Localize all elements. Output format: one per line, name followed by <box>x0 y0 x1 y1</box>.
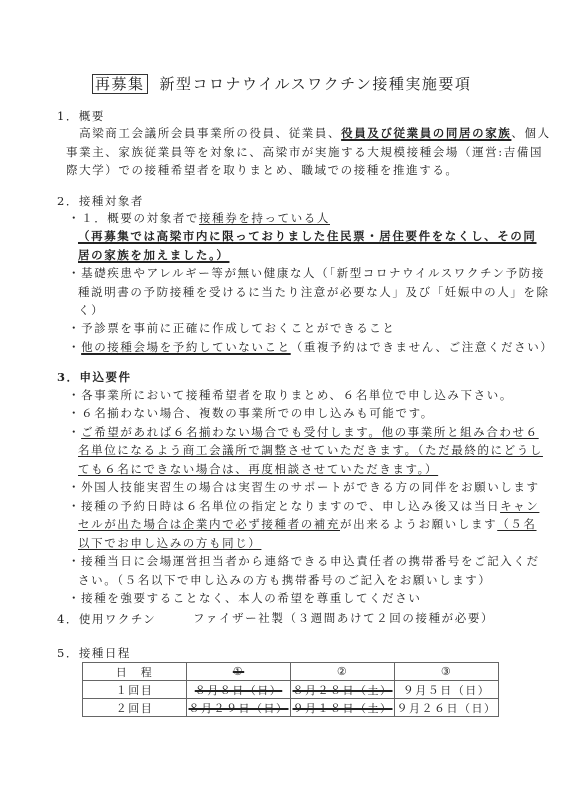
struck-date: ９月１８日（土） <box>293 702 393 715</box>
header-option-2: ② <box>291 663 395 681</box>
section1-line2: 事業主、家族従業員等を対象に、高梁市が実施する大規模接種会場（運営:吉備国 <box>66 145 543 159</box>
section2-item2-line3: く） <box>78 303 104 317</box>
header-option-3: ③ <box>395 663 499 681</box>
title-text: 新型コロナウイルスワクチン接種実施要項 <box>160 75 472 93</box>
document-page: 再募集新型コロナウイルスワクチン接種実施要項 1．概要 高梁商工会議所会員事業所… <box>0 0 565 800</box>
struck-date: ８月２９日（日） <box>189 702 289 715</box>
section3-item3-underlined1: ご希望があれば６名揃わない場合でも受付します。他の事業所と組み合わせ６ <box>81 425 539 439</box>
recruitment-badge: 再募集 <box>92 74 148 94</box>
section3-item5-underlined1: キャン <box>500 499 539 513</box>
section2-item2-line1: ・基礎疾患やアレルギー等が無い健康な人（「新型コロナウイルスワクチン予防接 <box>68 266 545 280</box>
section3-item6-line1: ・接種当日に会場運営担当者から連絡できる申込責任者の携帯番号をご記入くだ <box>68 554 540 568</box>
bullet: ・ <box>68 425 81 439</box>
section2-item4: ・他の接種会場を予約していないこと（重複予約はできません、ご注意ください） <box>68 340 553 354</box>
table-row: １回目 ８月８日（日） ８月２８日（土） ９月５日（日） <box>83 681 499 699</box>
header-option-1-label: ① <box>233 665 244 678</box>
section3-item3-line1: ・ご希望があれば６名揃わない場合でも受付します。他の事業所と組み合わせ６ <box>68 425 539 439</box>
cell-date: ８月８日（日） <box>187 681 291 699</box>
page-title: 再募集新型コロナウイルスワクチン接種実施要項 <box>92 73 471 94</box>
cell-date: ９月５日（日） <box>395 681 499 699</box>
section2-item3: ・予診票を事前に正確に作成しておくことができること <box>68 321 396 335</box>
table-row: ２回目 ８月２９日（日） ９月１８日（土） ９月２６日（日） <box>83 699 499 717</box>
schedule-table: 日 程 ① ② ③ １回目 ８月８日（日） ８月２８日（土） ９月５日（日） ２… <box>82 662 499 717</box>
section1-line1: 高梁商工会議所会員事業所の役員、従業員、役員及び従業員の同居の家族、個人 <box>66 126 551 140</box>
section3-item5-line3: 以下でお申し込みの方も同じ） <box>78 536 261 550</box>
section3-item6-line2: さい。（５名以下で申し込みの方も携帯番号のご記入をお願いします） <box>78 573 491 587</box>
cell-date: ９月１８日（土） <box>291 699 395 717</box>
section3-item5-underlined2: セルが出た場合は企業内で必ず接種者の補充 <box>78 517 340 531</box>
section2-item4-underlined: 他の接種会場を予約していないこと <box>81 340 291 354</box>
section2-item4-post: （重複予約はできません、ご注意ください） <box>291 340 554 354</box>
section1-emphasis: 役員及び従業員の同居の家族 <box>341 126 511 140</box>
section4-heading: 4．使用ワクチン <box>57 611 156 627</box>
section3-item5-pre: ・接種の予約日時は６名単位の指定となりますので、申し込み後又は当日 <box>68 499 500 513</box>
cell-date: ８月２８日（土） <box>291 681 395 699</box>
vaccine-value: ファイザー社製（３週間あけて２回の接種が必要） <box>193 611 494 625</box>
section3-item7: ・接種を強要することなく、本人の希望を尊重してください <box>68 591 421 605</box>
section1-line1-pre: 高梁商工会議所会員事業所の役員、従業員、 <box>66 126 341 140</box>
header-option-1: ① <box>187 663 291 681</box>
section3-item5-line2: セルが出た場合は企業内で必ず接種者の補充が出来るようお願いします（５名 <box>78 517 537 531</box>
section3-item5-line1: ・接種の予約日時は６名単位の指定となりますので、申し込み後又は当日キャン <box>68 499 539 513</box>
section2-heading: 2．接種対象者 <box>57 193 144 209</box>
cell-date: ９月２６日（日） <box>395 699 499 717</box>
section1-line3: 際大学）での接種希望者を取りまとめ、職域での接種を推進する。 <box>66 163 459 177</box>
section3-item3-line2: 名単位になるよう商工会議所で調整させていただきます。（ただ最終的にどうし <box>78 443 543 457</box>
section3-item4: ・外国人技能実習生の場合は実習生のサポートができる方の同伴をお願いします <box>68 480 540 494</box>
section2-item1-pre: ・１．概要の対象者で <box>68 211 199 225</box>
section2-item1: ・１．概要の対象者で接種券を持っている人 <box>68 211 330 225</box>
struck-date: ８月２８日（土） <box>293 684 393 697</box>
section3-heading: 3．申込要件 <box>57 369 132 385</box>
section1-line1-post: 、個人 <box>511 126 550 140</box>
struck-date: ８月８日（日） <box>195 684 283 697</box>
section3-item2: ・６名揃わない場合、複数の事業所での申し込みも可能です。 <box>68 406 434 420</box>
section2-note-line2: 居の家族を加えました。） <box>78 248 229 262</box>
bullet: ・ <box>68 340 81 354</box>
row-label: ２回目 <box>83 699 187 717</box>
table-header-row: 日 程 ① ② ③ <box>83 663 499 681</box>
section2-item2-line2: 種説明書の予防接種を受けるに当たり注意が必要な人」及び「妊娠中の人」を除 <box>78 285 550 299</box>
section3-item1: ・各事業所において接種希望者を取りまとめ、６名単位で申し込み下さい。 <box>68 388 513 402</box>
section3-item5-underlined3: （５名 <box>497 517 536 531</box>
section3-item3-line3: ても６名にできない場合は、再度相談させていただきます。） <box>78 462 438 476</box>
row-label: １回目 <box>83 681 187 699</box>
section2-item1-underlined: 接種券を持っている人 <box>199 211 330 225</box>
section5-heading: 5．接種日程 <box>57 645 131 661</box>
section2-note-line1: （再募集では高梁市内に限っておりました住民票・居住要件をなくし、その同 <box>78 229 537 243</box>
section1-heading: 1．概要 <box>57 108 105 124</box>
header-schedule: 日 程 <box>83 663 187 681</box>
cell-date: ８月２９日（日） <box>187 699 291 717</box>
section3-item5-mid: が出来るようお願いします <box>340 517 497 531</box>
